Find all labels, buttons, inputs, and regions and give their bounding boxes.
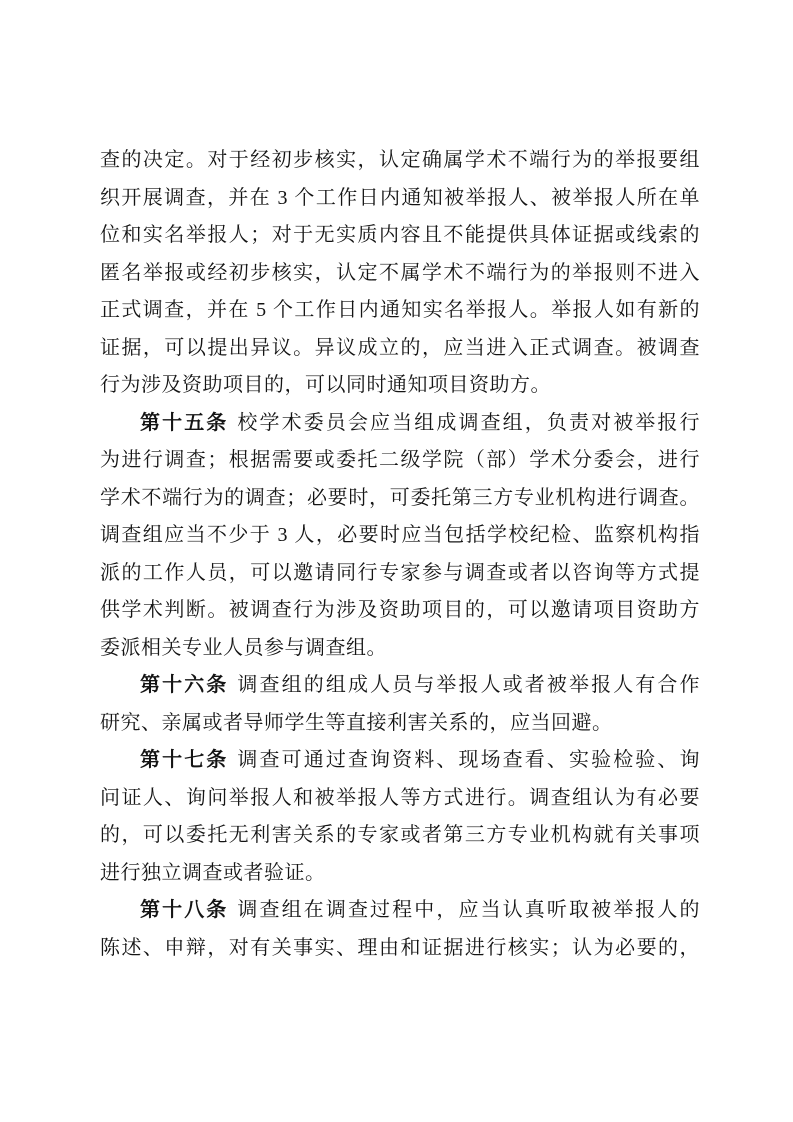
text-line: 调查组应当不少于 3 人，必要时应当包括学校纪检、监察机构指 bbox=[100, 517, 700, 555]
document-page: 查的决定。对于经初步核实，认定确属学术不端行为的举报要组织开展调查，并在 3 个… bbox=[0, 0, 793, 1122]
paragraph: 第十八条调查组在调查过程中，应当认真听取被举报人的陈述、申辩，对有关事实、理由和… bbox=[100, 892, 700, 967]
article-number: 第十七条 bbox=[140, 749, 228, 771]
text-line: 第十五条校学术委员会应当组成调查组，负责对被举报行 bbox=[100, 405, 700, 443]
text-line: 织开展调查，并在 3 个工作日内通知被举报人、被举报人所在单 bbox=[100, 180, 700, 218]
text-line: 的，可以委托无利害关系的专家或者第三方专业机构就有关事项 bbox=[100, 817, 700, 855]
article-number: 第十八条 bbox=[140, 899, 228, 921]
text-line: 问证人、询问举报人和被举报人等方式进行。调查组认为有必要 bbox=[100, 780, 700, 818]
text-line: 第十七条调查可通过查询资料、现场查看、实验检验、询 bbox=[100, 742, 700, 780]
paragraph: 第十五条校学术委员会应当组成调查组，负责对被举报行为进行调查；根据需要或委托二级… bbox=[100, 405, 700, 668]
text-line: 陈述、申辩，对有关事实、理由和证据进行核实；认为必要的， bbox=[100, 930, 700, 968]
text-line: 学术不端行为的调查；必要时，可委托第三方专业机构进行调查。 bbox=[100, 480, 700, 518]
paragraph: 查的决定。对于经初步核实，认定确属学术不端行为的举报要组织开展调查，并在 3 个… bbox=[100, 142, 700, 405]
text-line: 位和实名举报人；对于无实质内容且不能提供具体证据或线索的 bbox=[100, 217, 700, 255]
text-line: 第十六条调查组的组成人员与举报人或者被举报人有合作 bbox=[100, 667, 700, 705]
text-line: 进行独立调查或者验证。 bbox=[100, 855, 700, 893]
text-line: 第十八条调查组在调查过程中，应当认真听取被举报人的 bbox=[100, 892, 700, 930]
text-line: 为进行调查；根据需要或委托二级学院（部）学术分委会，进行 bbox=[100, 442, 700, 480]
article-number: 第十五条 bbox=[140, 412, 228, 434]
text-line: 查的决定。对于经初步核实，认定确属学术不端行为的举报要组 bbox=[100, 142, 700, 180]
paragraph: 第十六条调查组的组成人员与举报人或者被举报人有合作研究、亲属或者导师学生等直接利… bbox=[100, 667, 700, 742]
text-line: 证据，可以提出异议。异议成立的，应当进入正式调查。被调查 bbox=[100, 330, 700, 368]
text-line: 正式调查，并在 5 个工作日内通知实名举报人。举报人如有新的 bbox=[100, 292, 700, 330]
text-line: 派的工作人员，可以邀请同行专家参与调查或者以咨询等方式提 bbox=[100, 555, 700, 593]
text-line: 匿名举报或经初步核实，认定不属学术不端行为的举报则不进入 bbox=[100, 255, 700, 293]
text-line: 研究、亲属或者导师学生等直接利害关系的，应当回避。 bbox=[100, 705, 700, 743]
text-line: 委派相关专业人员参与调查组。 bbox=[100, 630, 700, 668]
paragraph: 第十七条调查可通过查询资料、现场查看、实验检验、询问证人、询问举报人和被举报人等… bbox=[100, 742, 700, 892]
text-line: 行为涉及资助项目的，可以同时通知项目资助方。 bbox=[100, 367, 700, 405]
text-line: 供学术判断。被调查行为涉及资助项目的，可以邀请项目资助方 bbox=[100, 592, 700, 630]
document-body: 查的决定。对于经初步核实，认定确属学术不端行为的举报要组织开展调查，并在 3 个… bbox=[100, 142, 700, 967]
article-number: 第十六条 bbox=[140, 674, 228, 696]
